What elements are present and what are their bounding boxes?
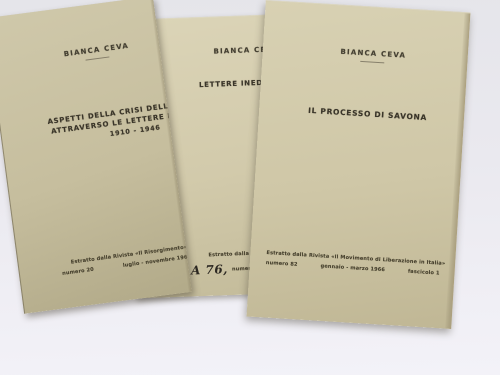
author-rule xyxy=(86,56,110,60)
booklet-processo-savona: BIANCA CEVA IL PROCESSO DI SAVONA Estrat… xyxy=(247,0,471,329)
photo-scene: BIANCA CEVA LETTERE INEDITE DI Estratto … xyxy=(0,0,500,375)
handwritten-number: A 76, xyxy=(191,262,228,277)
imprint-date: gennaio - marzo 1966 xyxy=(320,262,385,273)
booklet-title: IL PROCESSO DI SAVONA xyxy=(265,103,470,125)
imprint-number: numero 82 xyxy=(266,259,298,268)
imprint-number: numero 20 xyxy=(62,266,95,277)
author-name: BIANCA CEVA xyxy=(26,37,166,63)
imprint-footer: Estratto dalla Rivista «Il Risorgimento»… xyxy=(60,242,191,279)
imprint-fascicle: fascicolo 1 xyxy=(408,268,440,277)
booklet-title-block: IL PROCESSO DI SAVONA xyxy=(265,103,470,125)
imprint-footer: Estratto dalla Rivista «Il Movimento di … xyxy=(266,248,441,279)
author-rule xyxy=(360,61,384,63)
